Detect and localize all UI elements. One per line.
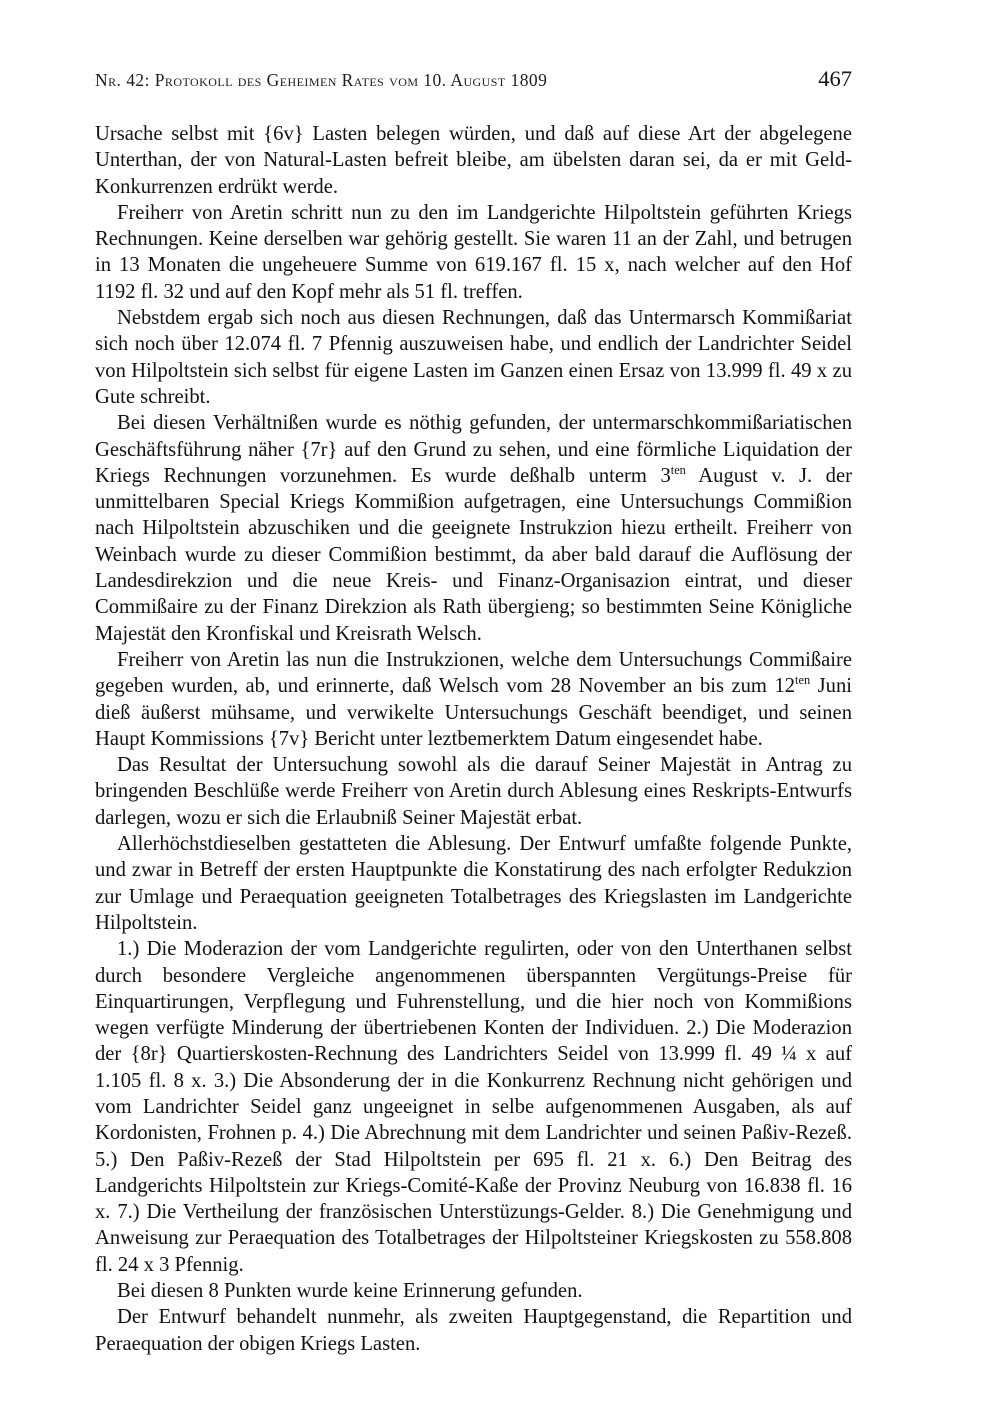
text-run: Freiherr von Aretin las nun die Instrukz… bbox=[95, 649, 852, 697]
paragraph: Bei diesen 8 Punkten wurde keine Erinner… bbox=[95, 1278, 852, 1304]
page-header: Nr. 42: Protokoll des Geheimen Rates vom… bbox=[95, 66, 852, 92]
paragraph: 1.) Die Moderazion der vom Landgerichte … bbox=[95, 936, 852, 1278]
superscript-ordinal: ten bbox=[671, 463, 686, 477]
paragraph: Der Entwurf behandelt nunmehr, als zweit… bbox=[95, 1304, 852, 1357]
paragraph: Allerhöchstdieselben gestatteten die Abl… bbox=[95, 831, 852, 936]
book-page: Nr. 42: Protokoll des Geheimen Rates vom… bbox=[0, 0, 1004, 1418]
running-title: Nr. 42: Protokoll des Geheimen Rates vom… bbox=[95, 70, 547, 91]
superscript-ordinal: ten bbox=[795, 673, 810, 687]
paragraph: Bei diesen Verhältnißen wurde es nöthig … bbox=[95, 410, 852, 647]
text-run: Allerhöchstdieselben gestatteten die Abl… bbox=[95, 833, 852, 934]
paragraph: Freiherr von Aretin las nun die Instrukz… bbox=[95, 647, 852, 752]
text-run: August v. J. der unmittelbaren Special K… bbox=[95, 465, 852, 645]
text-run: Das Resultat der Untersuchung sowohl als… bbox=[95, 754, 852, 829]
paragraph: Nebstdem ergab sich noch aus diesen Rech… bbox=[95, 305, 852, 410]
text-run: Nebstdem ergab sich noch aus diesen Rech… bbox=[95, 307, 852, 408]
text-run: Bei diesen 8 Punkten wurde keine Erinner… bbox=[117, 1280, 583, 1302]
text-run: Ursache selbst mit {6v} Lasten belegen w… bbox=[95, 123, 852, 198]
text-run: 1.) Die Moderazion der vom Landgerichte … bbox=[95, 938, 852, 1276]
page-number: 467 bbox=[818, 66, 852, 92]
text-run: Freiherr von Aretin schritt nun zu den i… bbox=[95, 202, 852, 303]
text-run: Der Entwurf behandelt nunmehr, als zweit… bbox=[95, 1306, 852, 1354]
paragraph: Freiherr von Aretin schritt nun zu den i… bbox=[95, 200, 852, 305]
paragraph: Ursache selbst mit {6v} Lasten belegen w… bbox=[95, 121, 852, 200]
body-text: Ursache selbst mit {6v} Lasten belegen w… bbox=[95, 121, 852, 1357]
paragraph: Das Resultat der Untersuchung sowohl als… bbox=[95, 752, 852, 831]
